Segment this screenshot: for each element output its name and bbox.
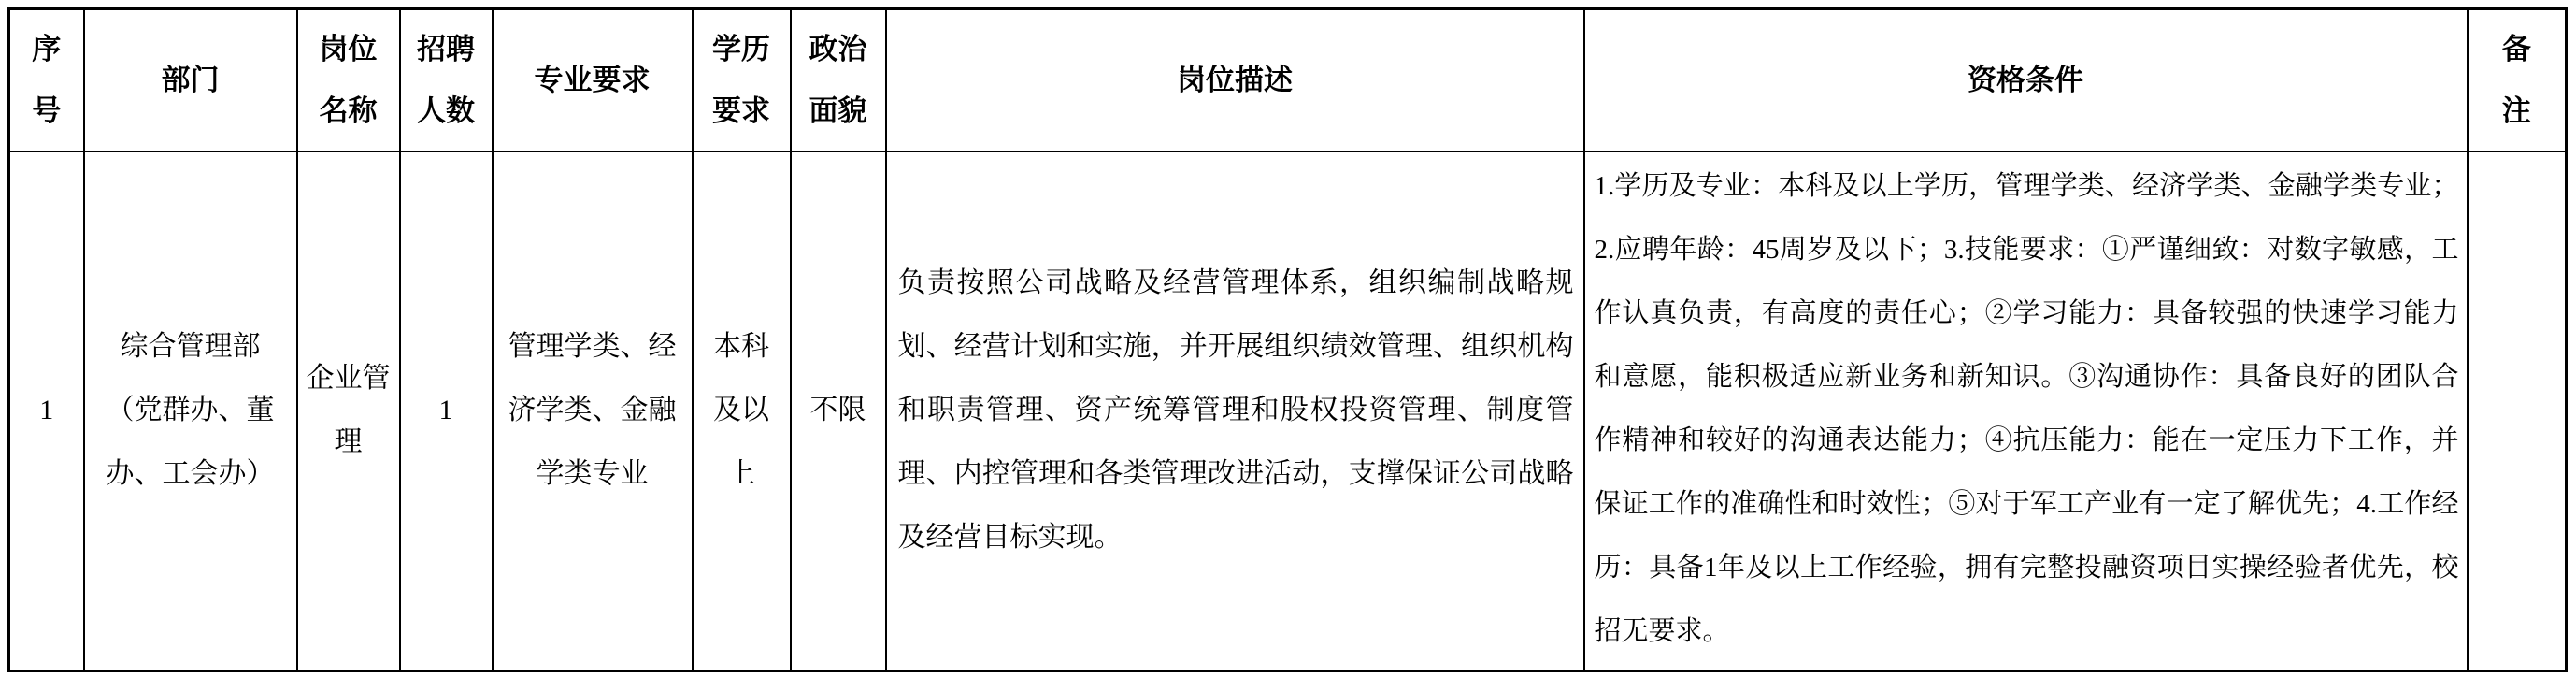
table-row: 1 综合管理部（党群办、董办、工会办） 企业管理 1 管理学类、经济学类、金融学… — [9, 151, 2567, 671]
cell-index: 1 — [9, 151, 84, 671]
header-qualification: 资格条件 — [1584, 9, 2468, 151]
cell-description: 负责按照公司战略及经营管理体系，组织编制战略规划、经营计划和实施，并开展组织绩效… — [886, 151, 1584, 671]
header-education: 学历要求 — [693, 9, 791, 151]
header-description: 岗位描述 — [886, 9, 1584, 151]
cell-education: 本科及以上 — [693, 151, 791, 671]
cell-remark — [2468, 151, 2567, 671]
header-remark: 备注 — [2468, 9, 2567, 151]
header-major: 专业要求 — [493, 9, 693, 151]
header-political: 政治面貌 — [791, 9, 886, 151]
header-headcount: 招聘人数 — [400, 9, 493, 151]
cell-qualification: 1.学历及专业：本科及以上学历，管理学类、经济学类、金融学类专业；2.应聘年龄：… — [1584, 151, 2468, 671]
table-header-row: 序号 部门 岗位名称 招聘人数 专业要求 学历要求 政治面貌 岗位描述 资格条件… — [9, 9, 2567, 151]
cell-headcount: 1 — [400, 151, 493, 671]
header-department: 部门 — [84, 9, 297, 151]
job-table: 序号 部门 岗位名称 招聘人数 专业要求 学历要求 政治面貌 岗位描述 资格条件… — [7, 7, 2568, 672]
cell-major: 管理学类、经济学类、金融学类专业 — [493, 151, 693, 671]
header-position: 岗位名称 — [297, 9, 400, 151]
header-index: 序号 — [9, 9, 84, 151]
cell-department: 综合管理部（党群办、董办、工会办） — [84, 151, 297, 671]
cell-position: 企业管理 — [297, 151, 400, 671]
recruitment-table-sheet: 序号 部门 岗位名称 招聘人数 专业要求 学历要求 政治面貌 岗位描述 资格条件… — [7, 7, 2568, 672]
cell-political: 不限 — [791, 151, 886, 671]
